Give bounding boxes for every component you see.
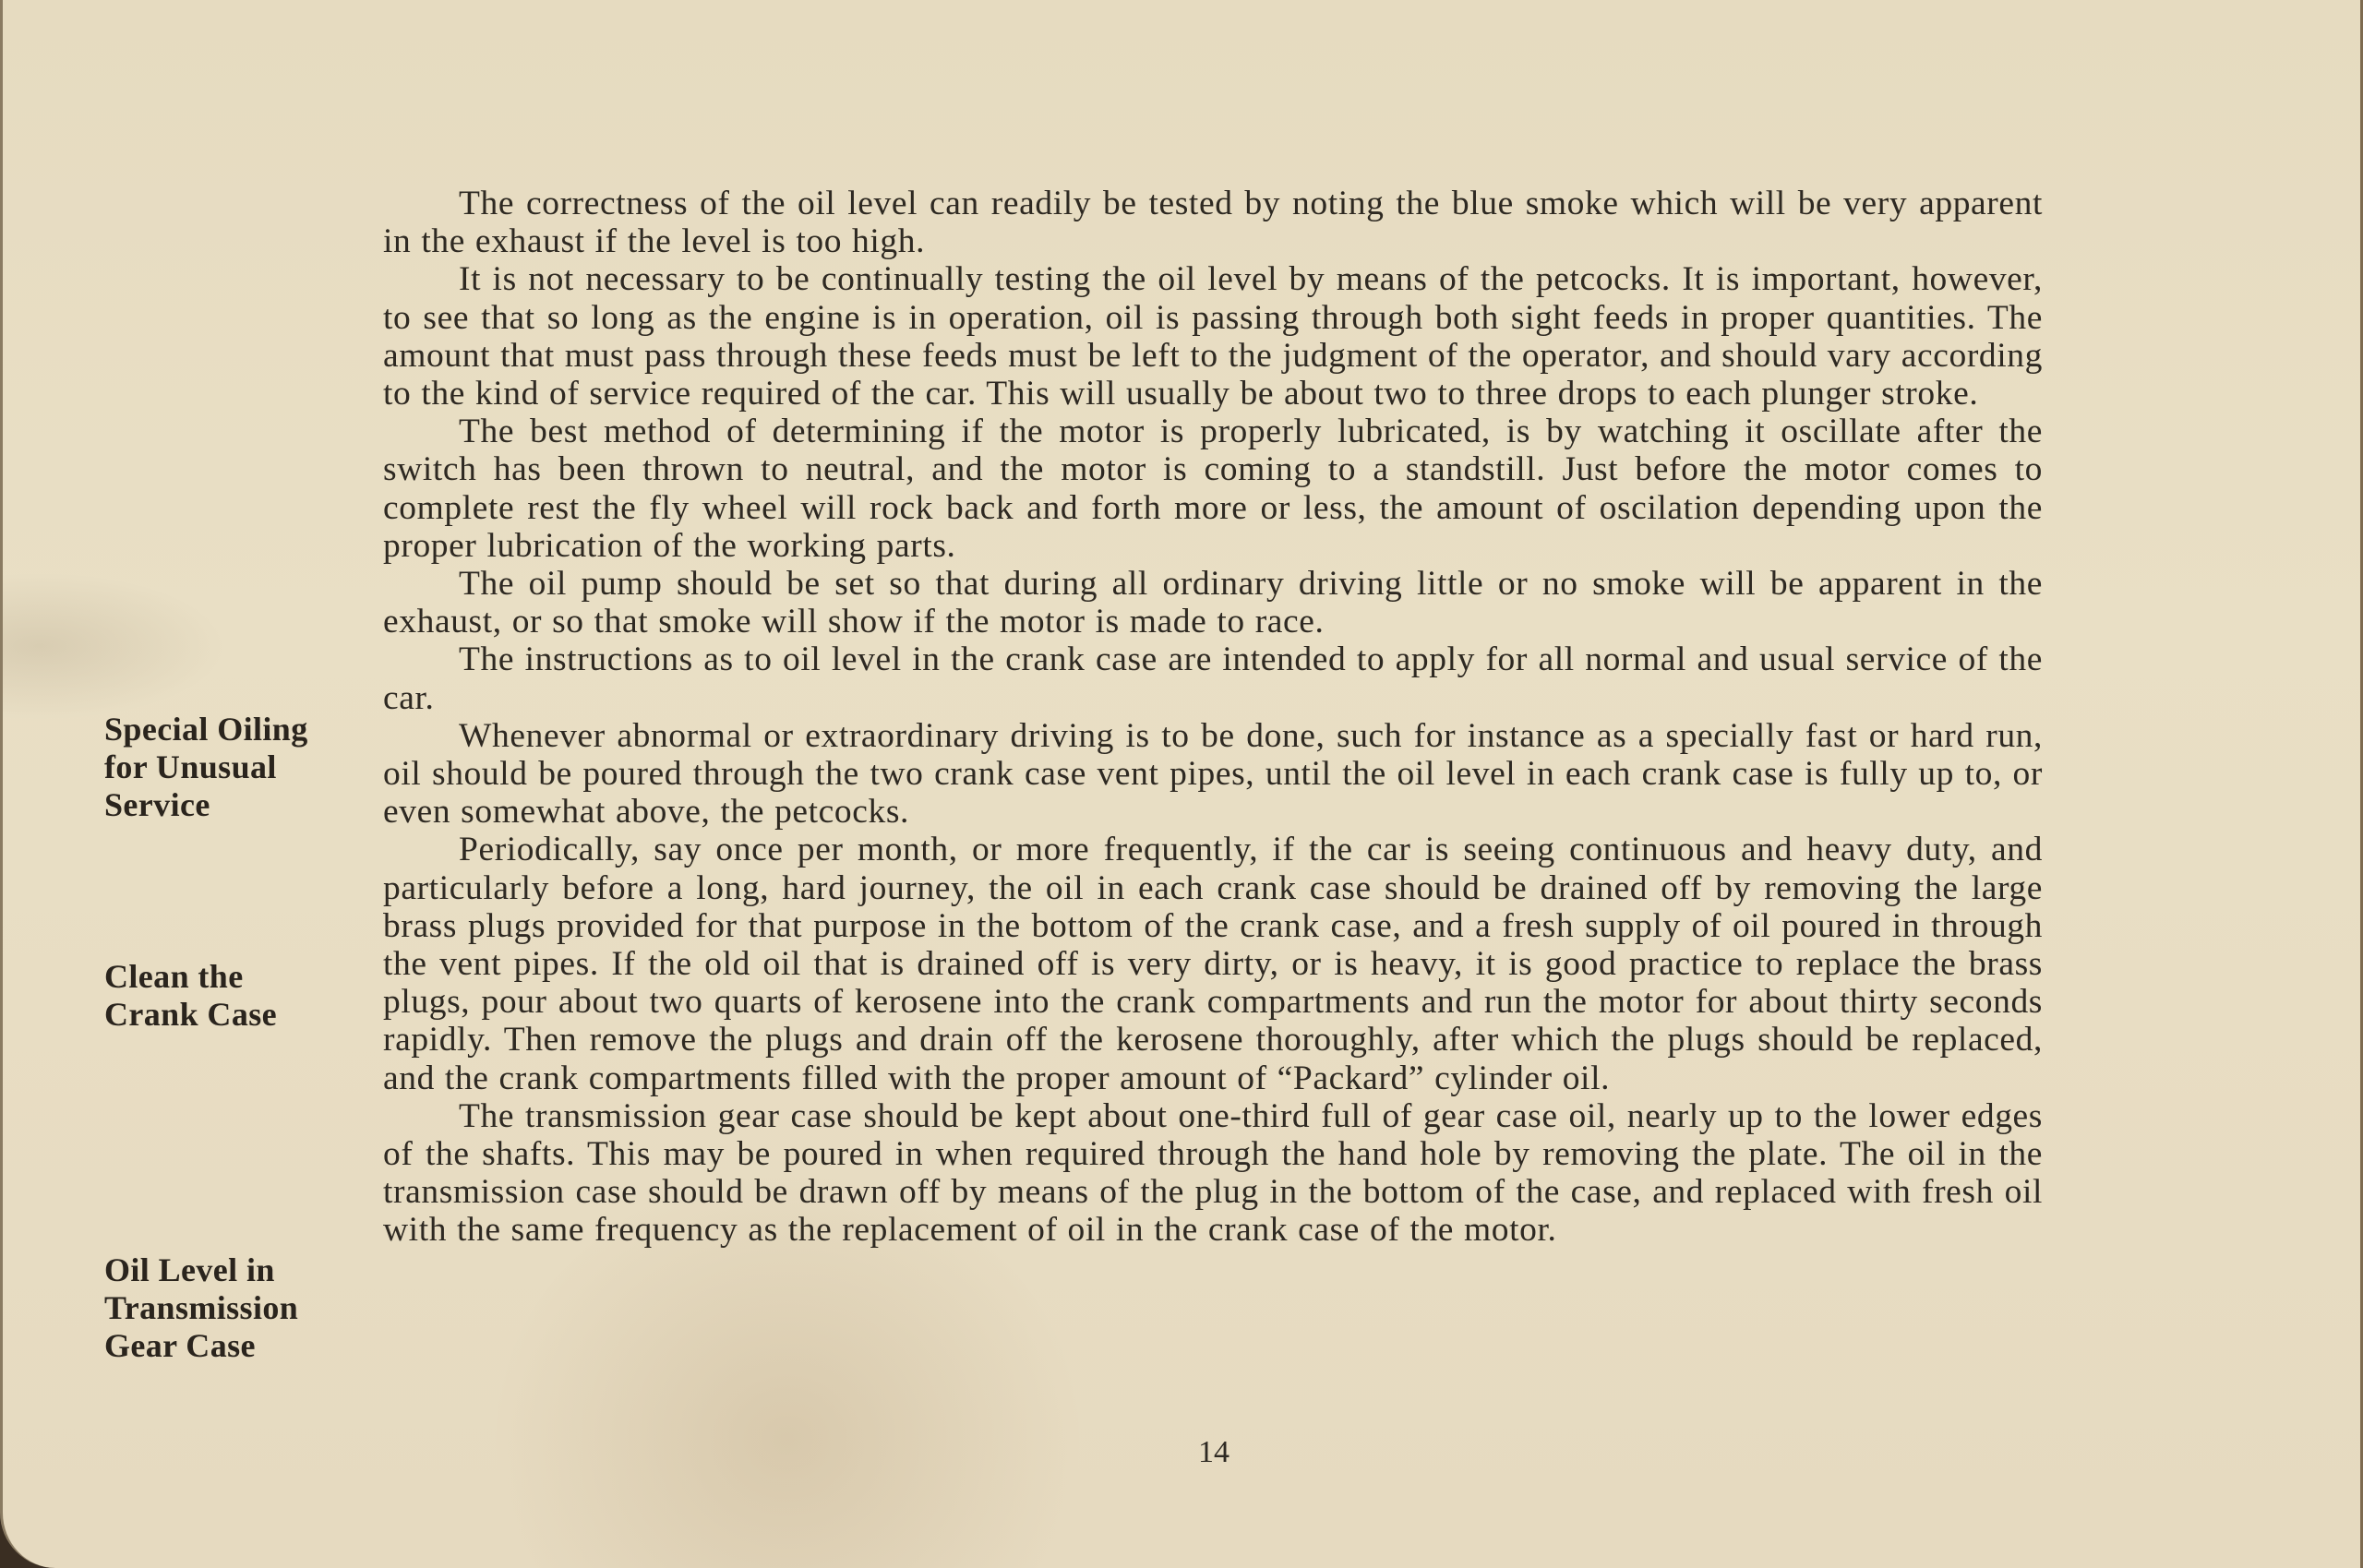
paragraph-oil-level-test: The correctness of the oil level can rea… bbox=[383, 185, 2043, 260]
paragraph-oil-pump: The oil pump should be set so that durin… bbox=[383, 565, 2043, 640]
paragraph-transmission-gear-case: The transmission gear case should be kep… bbox=[383, 1097, 2043, 1250]
paragraph-lubrication-check: The best method of determining if the mo… bbox=[383, 413, 2043, 565]
paragraph-clean-crank-case: Periodically, say once per month, or mor… bbox=[383, 831, 2043, 1096]
paragraph-normal-service: The instructions as to oil level in the … bbox=[383, 640, 2043, 716]
paragraph-sight-feeds: It is not necessary to be continually te… bbox=[383, 260, 2043, 413]
margin-note-special-oiling: Special Oiling for Unusual Service bbox=[104, 711, 308, 824]
page-number: 14 bbox=[1198, 1435, 1229, 1470]
book-page: Special Oiling for Unusual Service Clean… bbox=[0, 0, 2363, 1568]
margin-note-oil-level-transmission: Oil Level in Transmission Gear Case bbox=[104, 1251, 298, 1365]
body-text: The correctness of the oil level can rea… bbox=[383, 185, 2043, 1250]
margin-note-clean-crank-case: Clean the Crank Case bbox=[104, 958, 277, 1034]
paragraph-special-oiling: Whenever abnormal or extraordinary drivi… bbox=[383, 717, 2043, 832]
